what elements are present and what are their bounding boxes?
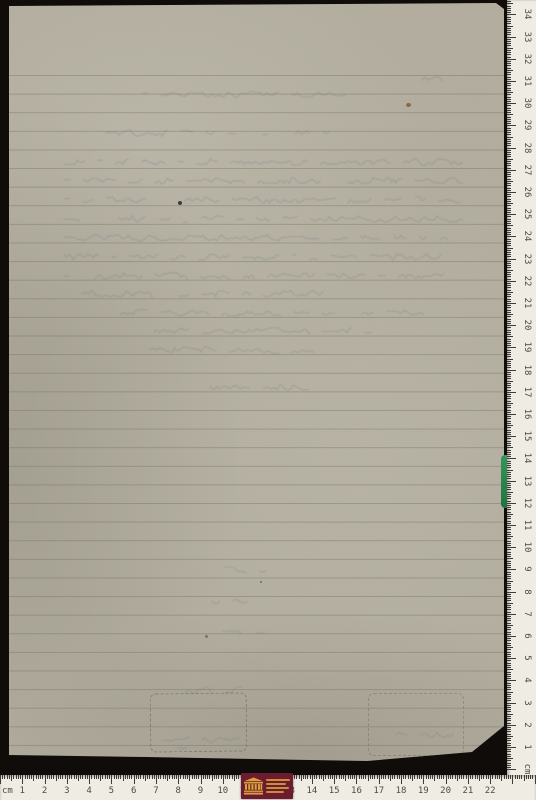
ruler-horizontal-unit-label: cm — [2, 786, 13, 796]
ruler-tick — [507, 665, 511, 666]
ruler-tick — [507, 574, 511, 575]
ruler-tick — [452, 775, 453, 779]
ruler-tick — [507, 658, 516, 659]
ruler-number: 22 — [522, 273, 532, 289]
ruler-tick — [507, 532, 511, 533]
ruler-tick — [238, 775, 239, 779]
ruler-tick — [507, 274, 511, 275]
ruler-tick — [507, 652, 511, 653]
ruler-tick — [53, 775, 54, 779]
ruler-tick — [507, 567, 511, 568]
ruler-tick — [507, 176, 511, 177]
ruler-tick — [468, 775, 469, 784]
ruler-tick — [307, 775, 308, 779]
ruler-tick — [314, 775, 315, 779]
ruler-tick — [507, 401, 511, 402]
ruler-tick — [507, 410, 511, 411]
ruler-tick — [507, 647, 513, 648]
ruler-tick — [463, 775, 464, 779]
ruler-tick — [4, 775, 5, 779]
ruler-tick — [507, 376, 511, 377]
foxing-speck — [205, 635, 208, 638]
ruler-tick — [310, 775, 311, 779]
ruler-tick — [507, 729, 511, 730]
ruler-tick — [507, 105, 511, 106]
ruler-tick — [507, 265, 511, 266]
ruler-tick — [165, 775, 166, 779]
ruler-tick — [507, 667, 511, 668]
ruler-tick — [507, 403, 513, 404]
ruler-tick — [140, 775, 141, 779]
ruler-tick — [507, 396, 511, 397]
ruler-tick — [507, 12, 511, 13]
ruler-number: 17 — [373, 786, 384, 796]
ruler-tick — [507, 421, 511, 422]
ruler-number: 1 — [522, 739, 532, 755]
ruler-tick — [196, 775, 197, 779]
ruler-tick — [507, 196, 511, 197]
ruler-tick — [507, 398, 511, 399]
ruler-tick — [507, 28, 511, 29]
ruler-tick — [507, 287, 511, 288]
ruler-tick — [507, 474, 511, 475]
ruler-tick — [497, 775, 498, 779]
ruler-tick — [507, 165, 511, 166]
ruler-number: 11 — [522, 517, 532, 533]
ruler-number: 30 — [522, 95, 532, 111]
ruler-tick — [227, 775, 228, 779]
ruler-tick — [71, 775, 72, 779]
ruler-tick — [507, 185, 511, 186]
ruler-tick — [183, 775, 184, 779]
ruler-tick — [507, 632, 511, 633]
ruler-tick — [114, 775, 115, 779]
ruler-tick — [507, 3, 513, 4]
ruler-tick — [507, 230, 511, 231]
ruler-tick — [507, 718, 511, 719]
ruler-number: 24 — [522, 228, 532, 244]
ruler-tick — [201, 775, 202, 784]
ruler-tick — [507, 689, 511, 690]
ruler-tick — [507, 321, 511, 322]
ruler-tick — [368, 775, 369, 781]
ruler-tick — [507, 170, 516, 171]
ruler-tick — [507, 554, 511, 555]
ruler-tick — [507, 598, 511, 599]
ruler-tick — [507, 514, 513, 515]
ruler-tick — [379, 775, 380, 784]
ruler-tick — [410, 775, 411, 779]
ruler-tick — [530, 775, 531, 779]
ruler-tick — [78, 775, 79, 781]
ruler-tick — [109, 775, 110, 779]
ruler-tick — [507, 152, 511, 153]
ruler-tick — [507, 325, 516, 326]
ruler-tick — [507, 174, 511, 175]
ruler-tick — [507, 489, 511, 490]
ruler-tick — [507, 339, 511, 340]
ruler-tick — [100, 775, 101, 781]
ruler-tick — [152, 775, 153, 779]
ruler-tick — [69, 775, 70, 779]
ruler-tick — [512, 775, 513, 784]
ruler-tick — [507, 1, 511, 2]
ruler-tick — [107, 775, 108, 779]
ruler-tick — [507, 201, 511, 202]
ruler-tick — [507, 654, 511, 655]
ruler-number: 7 — [522, 606, 532, 622]
ruler-tick — [528, 775, 529, 779]
ruler-tick — [507, 518, 511, 519]
ruler-tick — [185, 775, 186, 779]
ruler-tick — [507, 134, 511, 135]
ruler-tick — [507, 223, 511, 224]
ruler-tick — [403, 775, 404, 779]
ruler-tick — [507, 745, 511, 746]
ruler-tick — [507, 216, 511, 217]
ruler-tick — [87, 775, 88, 779]
ruler-tick — [507, 327, 511, 328]
ruler-tick — [507, 563, 511, 564]
ruler-tick — [507, 760, 511, 761]
ruler-tick — [414, 775, 415, 779]
ruler-tick — [392, 775, 393, 779]
ruler-tick — [507, 101, 511, 102]
ruler-tick — [507, 521, 511, 522]
ruler-number: 2 — [522, 717, 532, 733]
ruler-tick — [507, 669, 513, 670]
ruler-tick — [507, 496, 511, 497]
ruler-tick — [507, 228, 511, 229]
ruler-number: 27 — [522, 162, 532, 178]
ruler-tick — [507, 85, 511, 86]
ruler-number: 12 — [522, 495, 532, 511]
ruler-number: 10 — [217, 786, 228, 796]
ruler-tick — [9, 775, 10, 779]
ruler-tick — [507, 425, 513, 426]
ruler-tick — [67, 775, 68, 784]
ruler-tick — [507, 179, 511, 180]
ruler-tick — [339, 775, 340, 779]
ruler-number: 23 — [522, 251, 532, 267]
ruler-tick — [507, 43, 511, 44]
ruler-tick — [507, 503, 516, 504]
ruler-tick — [325, 775, 326, 779]
ruler-number: 21 — [462, 786, 473, 796]
ink-speck — [260, 581, 262, 583]
ruler-tick — [507, 516, 511, 517]
ruler-tick — [405, 775, 406, 779]
ruler-tick — [507, 565, 511, 566]
ruler-tick — [507, 159, 513, 160]
ruler-tick — [507, 743, 511, 744]
ruler-tick — [507, 467, 511, 468]
ruler-tick — [507, 110, 511, 111]
ruler-tick — [507, 612, 511, 613]
ruler-number: 5 — [109, 786, 114, 796]
ruler-tick — [158, 775, 159, 779]
ruler-tick — [507, 68, 511, 69]
ruler-tick — [507, 416, 511, 417]
ruler-tick — [472, 775, 473, 779]
ruler-tick — [303, 775, 304, 779]
ruler-tick — [98, 775, 99, 779]
ruler-tick — [507, 303, 516, 304]
ruler-tick — [207, 775, 208, 779]
ruler-tick — [507, 283, 511, 284]
ruler-tick — [457, 775, 458, 781]
ruler-tick — [507, 427, 511, 428]
ruler-tick — [507, 19, 511, 20]
ruler-tick — [507, 310, 511, 311]
ruler-tick — [507, 123, 511, 124]
ruler-tick — [510, 775, 511, 779]
ruler-tick — [507, 290, 511, 291]
ruler-tick — [507, 254, 511, 255]
ruler-tick — [507, 350, 511, 351]
ruler-number: 14 — [306, 786, 317, 796]
ruler-tick — [507, 483, 511, 484]
ruler-tick — [377, 775, 378, 779]
ruler-tick — [507, 578, 511, 579]
scan-viewport: cm 1234567891011121314151617181920212223… — [0, 0, 536, 800]
ruler-tick — [194, 775, 195, 779]
ruler-tick — [507, 660, 511, 661]
ruler-tick — [507, 561, 511, 562]
ruler-number: 19 — [522, 339, 532, 355]
ruler-tick — [341, 775, 342, 779]
ruled-lines — [9, 75, 504, 757]
ruler-tick — [507, 458, 516, 459]
ruler-tick — [507, 640, 511, 641]
ruler-tick — [507, 616, 511, 617]
ruler-tick — [507, 663, 511, 664]
ruler-tick — [507, 245, 511, 246]
ruler-tick — [38, 775, 39, 779]
ruler-tick — [507, 627, 511, 628]
ruler-tick — [507, 205, 511, 206]
ruler-tick — [383, 775, 384, 779]
ruler-tick — [507, 210, 511, 211]
ruler-tick — [507, 625, 513, 626]
ruler-number: 33 — [522, 29, 532, 45]
ruler-tick — [488, 775, 489, 779]
ruler-tick — [507, 609, 511, 610]
ruler-tick — [138, 775, 139, 779]
ruler-tick — [507, 481, 516, 482]
ruler-tick — [22, 775, 23, 784]
ruler-tick — [507, 37, 516, 38]
ruler-tick — [408, 775, 409, 779]
ruler-tick — [507, 305, 511, 306]
ruler-tick — [507, 212, 511, 213]
ruler-tick — [507, 354, 511, 355]
ruler-tick — [507, 754, 511, 755]
ruler-tick — [180, 775, 181, 779]
ruler-tick — [16, 775, 17, 779]
ruler-tick — [421, 775, 422, 779]
ruler-number: 5 — [522, 650, 532, 666]
ruler-tick — [507, 363, 511, 364]
ruler-tick — [507, 54, 511, 55]
ruler-vertical: cm 1234567891011121314151617181920212223… — [507, 0, 536, 781]
ruler-tick — [136, 775, 137, 779]
ruler-tick — [507, 65, 511, 66]
ruler-tick — [507, 383, 511, 384]
ruler-tick — [507, 434, 511, 435]
ruler-number: 19 — [418, 786, 429, 796]
ruler-number: 6 — [522, 628, 532, 644]
paper-mottling — [9, 3, 504, 761]
ruler-tick — [507, 603, 513, 604]
ruler-tick — [507, 190, 511, 191]
ruler-tick — [236, 775, 237, 779]
ruler-tick — [507, 680, 516, 681]
ruler-tick — [507, 41, 511, 42]
ruler-tick — [156, 775, 157, 784]
ruler-tick — [209, 775, 210, 779]
ruler-tick — [507, 465, 511, 466]
ruler-tick — [507, 725, 516, 726]
ruler-tick — [507, 128, 511, 129]
ruler-tick — [507, 21, 511, 22]
ruler-tick — [507, 32, 511, 33]
ruler-tick — [504, 775, 505, 779]
ruler-tick — [507, 301, 511, 302]
ruler-tick — [507, 90, 511, 91]
ruler-number: 2 — [42, 786, 47, 796]
ruler-tick — [507, 143, 511, 144]
ruler-tick — [11, 775, 12, 781]
ruler-tick — [507, 26, 513, 27]
ruler-tick — [507, 365, 511, 366]
ruler-tick — [507, 188, 511, 189]
ruler-tick — [507, 707, 511, 708]
ruler-tick — [483, 775, 484, 779]
ruler-tick — [27, 775, 28, 779]
ruler-tick — [356, 775, 357, 784]
ruler-number: 20 — [522, 317, 532, 333]
ruler-tick — [507, 407, 511, 408]
ruler-tick — [507, 392, 516, 393]
ruler-tick — [507, 163, 511, 164]
ruler-tick — [82, 775, 83, 779]
ruler-tick — [507, 156, 511, 157]
ruler-tick — [507, 272, 511, 273]
ruler-tick — [33, 775, 34, 781]
ruler-number: 26 — [522, 184, 532, 200]
ruler-tick — [390, 775, 391, 781]
ruler-tick — [507, 121, 511, 122]
ruler-tick — [507, 341, 511, 342]
ruler-tick — [507, 8, 511, 9]
ruler-tick — [507, 261, 511, 262]
ruler-number: 18 — [522, 362, 532, 378]
ruler-tick — [507, 645, 511, 646]
ruler-tick — [507, 259, 516, 260]
ruler-tick — [507, 323, 511, 324]
ruler-tick — [163, 775, 164, 779]
ruler-tick — [507, 749, 511, 750]
ruler-tick — [507, 552, 511, 553]
ruler-tick — [419, 775, 420, 779]
ruler-tick — [507, 108, 511, 109]
ruler-tick — [507, 48, 513, 49]
ruler-tick — [301, 775, 302, 781]
ruler-tick — [507, 723, 511, 724]
ruler-tick — [507, 756, 511, 757]
ruler-tick — [321, 775, 322, 779]
ruler-tick — [486, 775, 487, 779]
ruler-tick — [507, 436, 516, 437]
ruler-tick — [397, 775, 398, 779]
ruler-tick — [507, 270, 513, 271]
ruler-tick — [507, 168, 511, 169]
ruler-tick — [475, 775, 476, 779]
ruler-tick — [507, 239, 511, 240]
ruler-tick — [507, 614, 516, 615]
ruler-tick — [134, 775, 135, 784]
ruler-number: 17 — [522, 384, 532, 400]
ruler-tick — [388, 775, 389, 779]
ruler-tick — [507, 727, 511, 728]
ruler-tick — [507, 14, 516, 15]
ruler-tick — [507, 281, 516, 282]
ruler-tick — [507, 45, 511, 46]
ruler-tick — [432, 775, 433, 779]
ruler-tick — [532, 775, 533, 779]
ruler-tick — [296, 775, 297, 779]
ruler-tick — [507, 545, 511, 546]
ruler-tick — [60, 775, 61, 779]
ruler-tick — [49, 775, 50, 779]
ruler-tick — [507, 494, 511, 495]
ruler-tick — [507, 492, 513, 493]
ruler-tick — [507, 709, 511, 710]
ruler-tick — [507, 234, 511, 235]
ruler-tick — [145, 775, 146, 781]
ruler-tick — [125, 775, 126, 779]
ruler-tick — [507, 97, 511, 98]
ruler-tick — [439, 775, 440, 779]
ruler-tick — [299, 775, 300, 779]
ruler-tick — [160, 775, 161, 779]
archive-logo — [241, 773, 293, 799]
ruler-tick — [507, 649, 511, 650]
ruler-tick — [507, 63, 511, 64]
ruler-tick — [507, 734, 511, 735]
ruler-tick — [212, 775, 213, 781]
ruler-number: 21 — [522, 295, 532, 311]
ruler-tick — [507, 740, 511, 741]
ruler-tick — [25, 775, 26, 779]
ruler-tick — [507, 507, 511, 508]
ruler-tick — [507, 345, 511, 346]
ruler-tick — [507, 456, 511, 457]
building-icon — [244, 777, 263, 795]
ruler-tick — [507, 30, 511, 31]
ruler-tick — [507, 332, 511, 333]
ruler-tick — [352, 775, 353, 779]
ruler-tick — [129, 775, 130, 779]
ruler-tick — [507, 336, 513, 337]
ruler-tick — [507, 252, 511, 253]
ruler-tick — [385, 775, 386, 779]
ruler-tick — [507, 34, 511, 35]
ruler-tick — [350, 775, 351, 779]
ruler-tick — [507, 674, 511, 675]
ruler-tick — [507, 378, 511, 379]
